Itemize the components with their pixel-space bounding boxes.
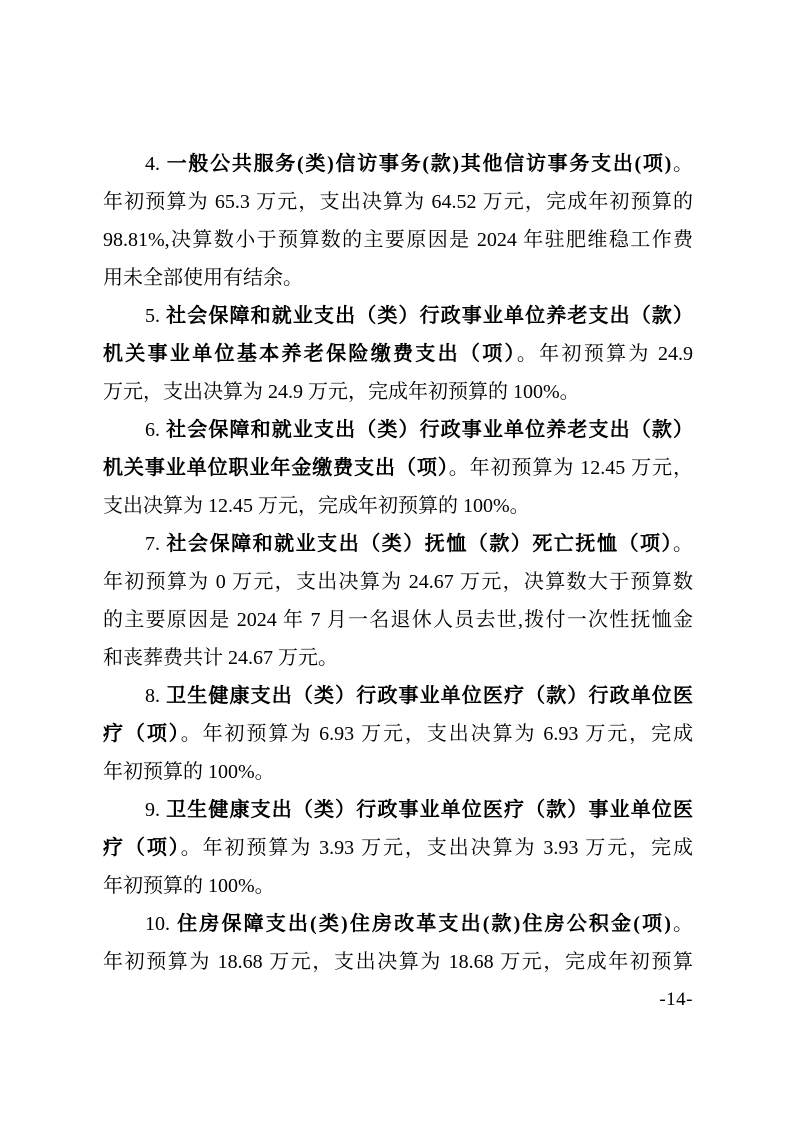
item-body-text: 。年初预算为 12.45 万元，	[449, 457, 693, 479]
item-title: 机关事业单位基本养老保险缴费支出（项）	[103, 343, 517, 365]
item-body-text: 用未全部使用有结余。	[103, 267, 303, 289]
item-number: 10.	[145, 913, 177, 935]
text-line: 年初预算的 100%。	[103, 753, 693, 791]
text-line: 和丧葬费共计 24.67 万元。	[103, 639, 693, 677]
item-title: 疗（项）	[103, 723, 181, 745]
item-number: 5.	[145, 305, 166, 327]
text-line: 疗（项）。年初预算为 3.93 万元，支出决算为 3.93 万元，完成	[103, 829, 693, 867]
item-body-text: 98.81%,决算数小于预算数的主要原因是 2024 年驻肥维稳工作费	[103, 229, 693, 251]
document-page: 4. 一般公共服务(类)信访事务(款)其他信访事务支出(项)。 年初预算为 65…	[0, 0, 793, 1122]
item-title: 卫生健康支出（类）行政事业单位医疗（款）事业单位医	[166, 799, 693, 821]
item-body-text: 支出决算为 12.45 万元，完成年初预算的 100%。	[103, 495, 530, 517]
item-body-text: 年初预算为 0 万元，支出决算为 24.67 万元，决算数大于预算数	[103, 571, 693, 593]
budget-item-paragraph-6: 6. 社会保障和就业支出（类）行政事业单位养老支出（款） 机关事业单位职业年金缴…	[103, 411, 693, 525]
item-title: 住房保障支出(类)住房改革支出(款)住房公积金(项)	[177, 913, 671, 935]
item-title: 社会保障和就业支出（类）行政事业单位养老支出（款）	[166, 419, 693, 441]
text-line: 万元，支出决算为 24.9 万元，完成年初预算的 100%。	[103, 373, 693, 411]
item-body-text: 年初预算为 18.68 万元，支出决算为 18.68 万元，完成年初预算	[103, 951, 693, 973]
text-line: 6. 社会保障和就业支出（类）行政事业单位养老支出（款）	[103, 411, 693, 449]
item-title-period: 。	[671, 153, 693, 175]
item-body-text: 。年初预算为 3.93 万元，支出决算为 3.93 万元，完成	[181, 837, 693, 859]
text-line: 8. 卫生健康支出（类）行政事业单位医疗（款）行政单位医	[103, 677, 693, 715]
text-line: 用未全部使用有结余。	[103, 259, 693, 297]
text-line: 10. 住房保障支出(类)住房改革支出(款)住房公积金(项)。	[103, 905, 693, 943]
item-title: 社会保障和就业支出（类）行政事业单位养老支出（款）	[166, 305, 693, 327]
text-line: 年初预算的 100%。	[103, 867, 693, 905]
item-body-text: 的主要原因是 2024 年 7 月一名退休人员去世,拨付一次性抚恤金	[103, 609, 693, 631]
item-body-text: 和丧葬费共计 24.67 万元。	[103, 647, 338, 669]
item-body-text: 年初预算的 100%。	[103, 761, 275, 783]
text-line: 机关事业单位职业年金缴费支出（项）。年初预算为 12.45 万元，	[103, 449, 693, 487]
item-number: 4.	[145, 153, 167, 175]
text-line: 机关事业单位基本养老保险缴费支出（项）。年初预算为 24.9	[103, 335, 693, 373]
document-body: 4. 一般公共服务(类)信访事务(款)其他信访事务支出(项)。 年初预算为 65…	[103, 145, 693, 981]
text-line: 疗（项）。年初预算为 6.93 万元，支出决算为 6.93 万元，完成	[103, 715, 693, 753]
page-number: -14-	[648, 988, 693, 1012]
item-title: 社会保障和就业支出（类）抚恤（款）死亡抚恤（项）	[167, 533, 673, 555]
budget-item-paragraph-5: 5. 社会保障和就业支出（类）行政事业单位养老支出（款） 机关事业单位基本养老保…	[103, 297, 693, 411]
item-title: 疗（项）	[103, 837, 181, 859]
item-number: 6.	[145, 419, 166, 441]
item-body-text: 。年初预算为 6.93 万元，支出决算为 6.93 万元，完成	[181, 723, 693, 745]
text-line: 4. 一般公共服务(类)信访事务(款)其他信访事务支出(项)。	[103, 145, 693, 183]
budget-item-paragraph-8: 8. 卫生健康支出（类）行政事业单位医疗（款）行政单位医 疗（项）。年初预算为 …	[103, 677, 693, 791]
text-line: 7. 社会保障和就业支出（类）抚恤（款）死亡抚恤（项）。	[103, 525, 693, 563]
text-line: 年初预算为 18.68 万元，支出决算为 18.68 万元，完成年初预算	[103, 943, 693, 981]
budget-item-paragraph-4: 4. 一般公共服务(类)信访事务(款)其他信访事务支出(项)。 年初预算为 65…	[103, 145, 693, 297]
item-body-text: 万元，支出决算为 24.9 万元，完成年初预算的 100%。	[103, 381, 580, 403]
item-body-text: 年初预算的 100%。	[103, 875, 275, 897]
text-line: 年初预算为 65.3 万元，支出决算为 64.52 万元，完成年初预算的	[103, 183, 693, 221]
item-title-period: 。	[671, 913, 693, 935]
item-number: 8.	[145, 685, 166, 707]
budget-item-paragraph-10: 10. 住房保障支出(类)住房改革支出(款)住房公积金(项)。 年初预算为 18…	[103, 905, 693, 981]
item-number: 7.	[145, 533, 167, 555]
text-line: 98.81%,决算数小于预算数的主要原因是 2024 年驻肥维稳工作费	[103, 221, 693, 259]
item-title: 一般公共服务(类)信访事务(款)其他信访事务支出(项)	[167, 153, 672, 175]
budget-item-paragraph-7: 7. 社会保障和就业支出（类）抚恤（款）死亡抚恤（项）。 年初预算为 0 万元，…	[103, 525, 693, 677]
item-title: 卫生健康支出（类）行政事业单位医疗（款）行政单位医	[166, 685, 693, 707]
item-body-text: 。年初预算为 24.9	[517, 343, 693, 365]
text-line: 支出决算为 12.45 万元，完成年初预算的 100%。	[103, 487, 693, 525]
item-number: 9.	[145, 799, 166, 821]
item-title-period: 。	[673, 533, 693, 555]
text-line: 的主要原因是 2024 年 7 月一名退休人员去世,拨付一次性抚恤金	[103, 601, 693, 639]
item-body-text: 年初预算为 65.3 万元，支出决算为 64.52 万元，完成年初预算的	[103, 191, 693, 213]
item-title: 机关事业单位职业年金缴费支出（项）	[103, 457, 449, 479]
text-line: 年初预算为 0 万元，支出决算为 24.67 万元，决算数大于预算数	[103, 563, 693, 601]
text-line: 5. 社会保障和就业支出（类）行政事业单位养老支出（款）	[103, 297, 693, 335]
text-line: 9. 卫生健康支出（类）行政事业单位医疗（款）事业单位医	[103, 791, 693, 829]
budget-item-paragraph-9: 9. 卫生健康支出（类）行政事业单位医疗（款）事业单位医 疗（项）。年初预算为 …	[103, 791, 693, 905]
